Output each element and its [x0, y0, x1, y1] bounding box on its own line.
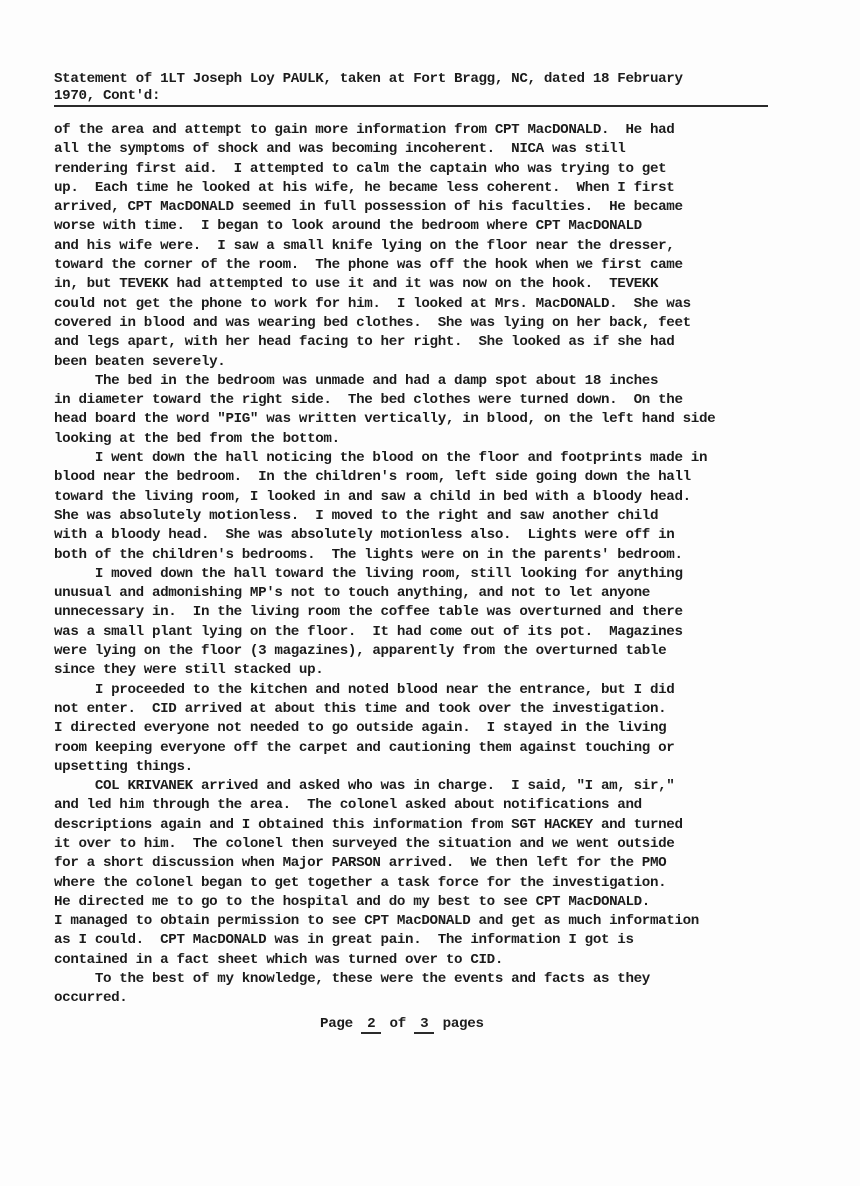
text-line: not enter. CID arrived at about this tim… [54, 700, 824, 719]
text-line: I managed to obtain permission to see CP… [54, 912, 824, 931]
text-line: toward the living room, I looked in and … [54, 488, 824, 507]
text-line: head board the word "PIG" was written ve… [54, 410, 824, 429]
text-line: were lying on the floor (3 magazines), a… [54, 642, 824, 661]
text-line: I proceeded to the kitchen and noted blo… [54, 681, 824, 700]
total-pages-number: 3 [414, 1016, 434, 1034]
text-line: been beaten severely. [54, 353, 824, 372]
text-line: since they were still stacked up. [54, 661, 824, 680]
text-line: arrived, CPT MacDONALD seemed in full po… [54, 198, 824, 217]
text-line: I moved down the hall toward the living … [54, 565, 824, 584]
current-page-number: 2 [361, 1016, 381, 1034]
text-line: room keeping everyone off the carpet and… [54, 739, 824, 758]
text-line: blood near the bedroom. In the children'… [54, 468, 824, 487]
header-line-2: 1970, Cont'd: [54, 88, 774, 105]
text-line: was a small plant lying on the floor. It… [54, 623, 824, 642]
text-line: toward the corner of the room. The phone… [54, 256, 824, 275]
text-line: The bed in the bedroom was unmade and ha… [54, 372, 824, 391]
text-line: in diameter toward the right side. The b… [54, 391, 824, 410]
text-line: for a short discussion when Major PARSON… [54, 854, 824, 873]
header-divider [54, 105, 768, 107]
header-line-1: Statement of 1LT Joseph Loy PAULK, taken… [54, 71, 774, 88]
document-page: Statement of 1LT Joseph Loy PAULK, taken… [0, 0, 860, 1186]
text-line: To the best of my knowledge, these were … [54, 970, 824, 989]
text-line: looking at the bed from the bottom. [54, 430, 824, 449]
statement-header: Statement of 1LT Joseph Loy PAULK, taken… [54, 71, 774, 105]
page-label: Page [320, 1016, 353, 1032]
text-line: unusual and admonishing MP's not to touc… [54, 584, 824, 603]
text-line: could not get the phone to work for him.… [54, 295, 824, 314]
text-line: covered in blood and was wearing bed clo… [54, 314, 824, 333]
text-line: with a bloody head. She was absolutely m… [54, 526, 824, 545]
text-line: of the area and attempt to gain more inf… [54, 121, 824, 140]
text-line: contained in a fact sheet which was turn… [54, 951, 824, 970]
page-footer: Page 2 of 3 pages [320, 1016, 484, 1034]
text-line: as I could. CPT MacDONALD was in great p… [54, 931, 824, 950]
text-line: both of the children's bedrooms. The lig… [54, 546, 824, 565]
text-line: and led him through the area. The colone… [54, 796, 824, 815]
of-label: of [390, 1016, 406, 1032]
text-line: occurred. [54, 989, 824, 1008]
text-line: rendering first aid. I attempted to calm… [54, 160, 824, 179]
text-line: upsetting things. [54, 758, 824, 777]
text-line: unnecessary in. In the living room the c… [54, 603, 824, 622]
text-line: all the symptoms of shock and was becomi… [54, 140, 824, 159]
text-line: and legs apart, with her head facing to … [54, 333, 824, 352]
text-line: and his wife were. I saw a small knife l… [54, 237, 824, 256]
text-line: I went down the hall noticing the blood … [54, 449, 824, 468]
pages-label: pages [443, 1016, 484, 1032]
statement-body: of the area and attempt to gain more inf… [54, 121, 824, 1009]
text-line: it over to him. The colonel then surveye… [54, 835, 824, 854]
text-line: COL KRIVANEK arrived and asked who was i… [54, 777, 824, 796]
text-line: in, but TEVEKK had attempted to use it a… [54, 275, 824, 294]
text-line: descriptions again and I obtained this i… [54, 816, 824, 835]
text-line: I directed everyone not needed to go out… [54, 719, 824, 738]
text-line: He directed me to go to the hospital and… [54, 893, 824, 912]
text-line: She was absolutely motionless. I moved t… [54, 507, 824, 526]
text-line: worse with time. I began to look around … [54, 217, 824, 236]
text-line: up. Each time he looked at his wife, he … [54, 179, 824, 198]
text-line: where the colonel began to get together … [54, 874, 824, 893]
